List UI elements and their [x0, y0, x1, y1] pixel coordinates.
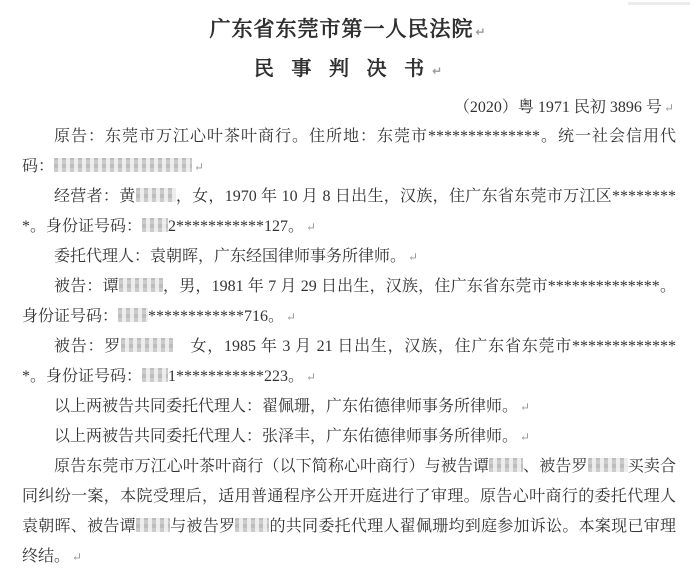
court-name-text: 广东省东莞市第一人民法院	[209, 18, 473, 41]
paragraph-mark: ↵	[72, 550, 82, 564]
redaction-block	[119, 278, 163, 292]
paragraph: 以上两被告共同委托代理人：翟佩珊，广东佑德律师事务所律师。↵	[22, 392, 676, 422]
redaction-block	[136, 188, 176, 202]
paragraph-text: 被告：罗	[54, 338, 121, 355]
paragraph-mark: ↵	[408, 250, 418, 264]
paragraph: 以上两被告共同委托代理人：张泽丰，广东佑德律师事务所律师。↵	[22, 422, 676, 452]
paragraph-text: 原告东莞市万江心叶茶叶商行（以下简称心叶商行）与被告谭	[54, 458, 489, 475]
paragraph-text: 委托代理人：袁朝晖，广东经国律师事务所律师。	[54, 248, 406, 265]
redaction-block	[54, 158, 192, 172]
scrollbar-artifact	[628, 2, 690, 5]
paragraph-text: 2***********127。	[168, 218, 304, 235]
paragraph: 委托代理人：袁朝晖，广东经国律师事务所律师。↵	[22, 242, 676, 272]
case-number-text: （2020）粤 1971 民初 3896 号	[454, 99, 662, 116]
paragraph-mark: ↵	[664, 101, 674, 115]
paragraph: 被告：罗 女，1985 年 3 月 21 日出生，汉族，住广东省东莞市*****…	[22, 332, 676, 392]
paragraph: 被告：谭，男，1981 年 7 月 29 日出生，汉族，住广东省东莞市*****…	[22, 272, 676, 332]
document-type-text: 民 事 判 决 书	[254, 58, 430, 80]
paragraph-text: 、被告罗	[523, 458, 588, 475]
paragraph-text: 1***********223。	[168, 368, 304, 385]
paragraph-text: 经营者：黄	[54, 188, 136, 205]
paragraph-text: 以上两被告共同委托代理人：翟佩珊，广东佑德律师事务所律师。	[54, 398, 518, 415]
paragraph-mark: ↵	[306, 370, 316, 384]
case-number: （2020）粤 1971 民初 3896 号↵	[0, 94, 696, 117]
paragraph: 经营者：黄，女，1970 年 10 月 8 日出生，汉族，住广东省东莞市万江区*…	[22, 182, 676, 242]
paragraph: 原告东莞市万江心叶茶叶商行（以下简称心叶商行）与被告谭、被告罗买卖合同纠纷一案，…	[22, 452, 676, 569]
judgment-document-page: 广东省东莞市第一人民法院↵ 民 事 判 决 书↵ （2020）粤 1971 民初…	[0, 0, 696, 569]
paragraph-mark: ↵	[520, 430, 530, 444]
redaction-block	[489, 458, 523, 472]
document-body: 原告：东莞市万江心叶茶叶商行。住所地：东莞市**************。统一社…	[0, 117, 696, 569]
paragraph-text: ************716。	[148, 308, 284, 325]
redaction-block	[142, 368, 168, 382]
redaction-block	[235, 518, 269, 532]
paragraph-text: 以上两被告共同委托代理人：张泽丰，广东佑德律师事务所律师。	[54, 428, 518, 445]
redaction-block	[142, 218, 168, 232]
redaction-block	[136, 518, 170, 532]
redaction-block	[588, 458, 628, 472]
paragraph-mark: ↵	[520, 400, 530, 414]
redaction-block	[118, 308, 148, 322]
paragraph-mark: ↵	[475, 25, 486, 39]
paragraph-text: 被告：谭	[54, 278, 119, 295]
paragraph-mark: ↵	[286, 310, 296, 324]
court-name-title: 广东省东莞市第一人民法院↵	[0, 0, 696, 43]
paragraph: 原告：东莞市万江心叶茶叶商行。住所地：东莞市**************。统一社…	[22, 122, 676, 182]
paragraph-mark: ↵	[306, 220, 316, 234]
paragraph-text: 与被告罗	[170, 518, 235, 535]
redaction-block	[121, 338, 173, 352]
paragraph-mark: ↵	[194, 160, 204, 174]
paragraph-mark: ↵	[432, 64, 448, 78]
document-type-title: 民 事 判 决 书↵	[0, 52, 696, 81]
